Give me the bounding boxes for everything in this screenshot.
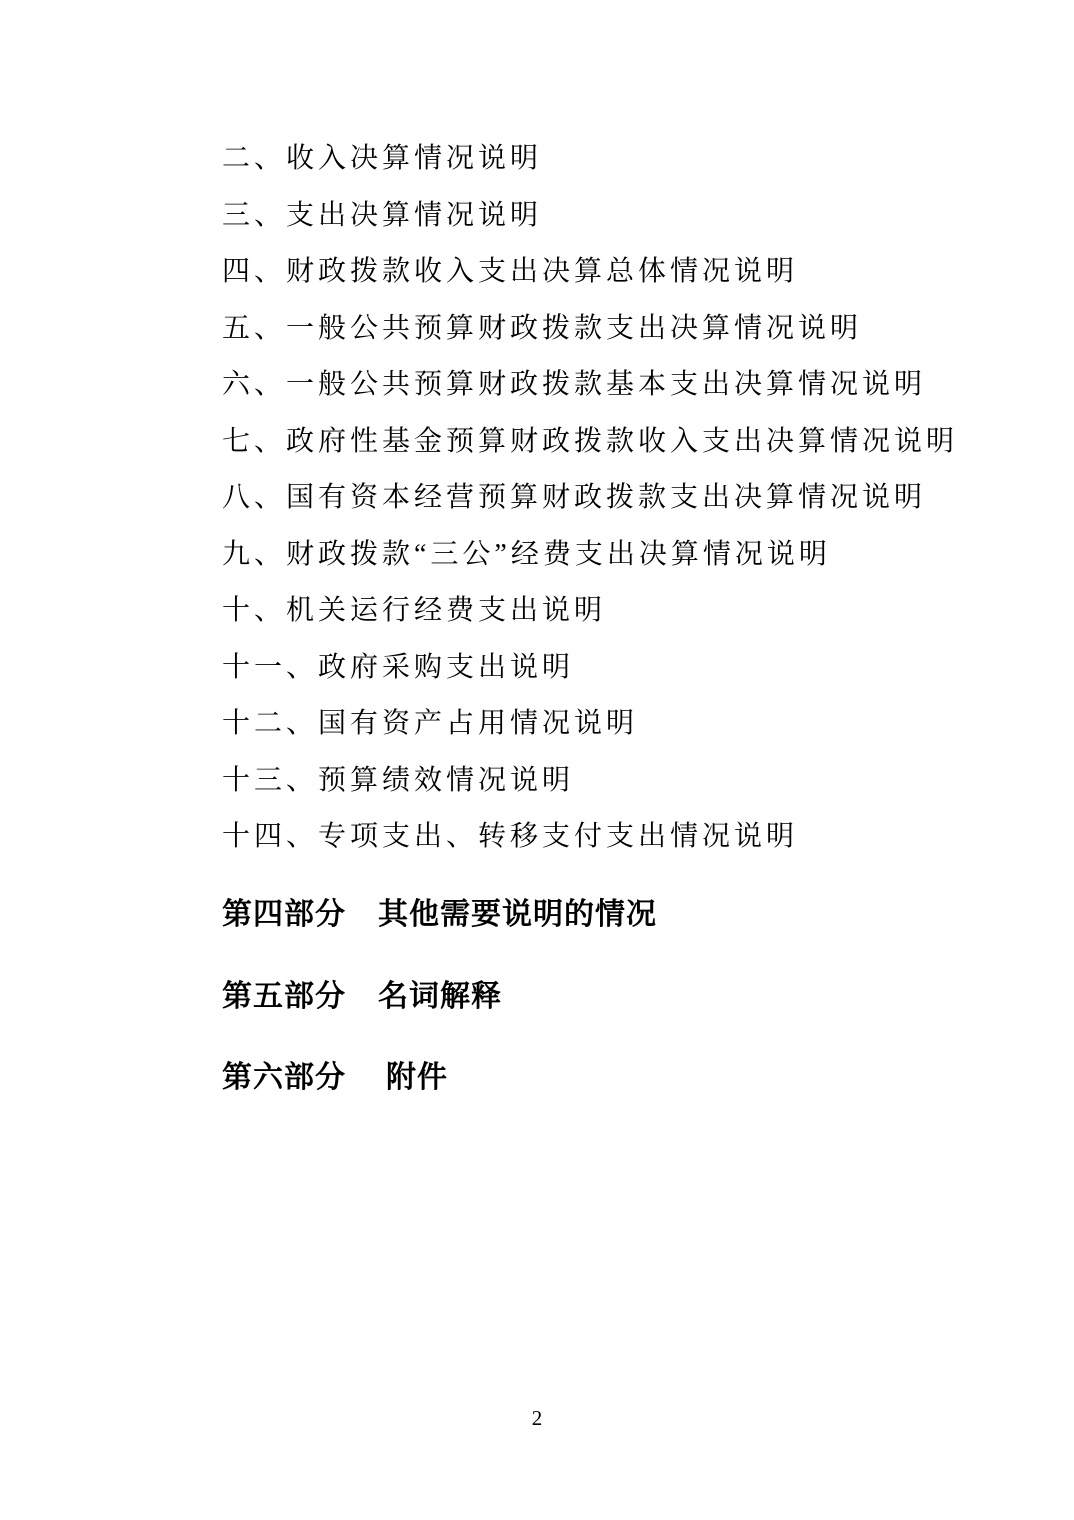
toc-item: 十三、预算绩效情况说明 xyxy=(222,753,1014,810)
toc-item: 九、财政拨款“三公”经费支出决算情况说明 xyxy=(222,527,1014,584)
section-part-label: 第五部分 xyxy=(222,980,346,1013)
section-part-label: 第六部分 xyxy=(222,1061,346,1094)
toc-item: 十二、国有资产占用情况说明 xyxy=(222,696,1014,753)
toc-item: 六、一般公共预算财政拨款基本支出决算情况说明 xyxy=(222,357,1014,414)
toc-item: 二、收入决算情况说明 xyxy=(222,131,1014,188)
section-part-label: 第四部分 xyxy=(222,898,346,931)
section-heading-part-6: 第六部分附件 xyxy=(222,1058,448,1098)
toc-list: 二、收入决算情况说明 三、支出决算情况说明 四、财政拨款收入支出决算总体情况说明… xyxy=(222,131,1014,866)
toc-item: 八、国有资本经营预算财政拨款支出决算情况说明 xyxy=(222,470,1014,527)
toc-item: 十四、专项支出、转移支付支出情况说明 xyxy=(222,809,1014,866)
toc-item: 三、支出决算情况说明 xyxy=(222,188,1014,245)
toc-item: 五、一般公共预算财政拨款支出决算情况说明 xyxy=(222,301,1014,358)
section-heading-part-4: 第四部分其他需要说明的情况 xyxy=(222,895,657,935)
page-number: 2 xyxy=(0,1404,1074,1432)
document-page: 二、收入决算情况说明 三、支出决算情况说明 四、财政拨款收入支出决算总体情况说明… xyxy=(0,0,1074,1520)
section-title: 其他需要说明的情况 xyxy=(378,898,657,931)
section-title: 名词解释 xyxy=(378,980,502,1013)
toc-item: 七、政府性基金预算财政拨款收入支出决算情况说明 xyxy=(222,414,1014,471)
section-title: 附件 xyxy=(386,1061,448,1094)
section-heading-part-5: 第五部分名词解释 xyxy=(222,977,502,1017)
toc-item: 十、机关运行经费支出说明 xyxy=(222,583,1014,640)
toc-item: 十一、政府采购支出说明 xyxy=(222,640,1014,697)
toc-item: 四、财政拨款收入支出决算总体情况说明 xyxy=(222,244,1014,301)
